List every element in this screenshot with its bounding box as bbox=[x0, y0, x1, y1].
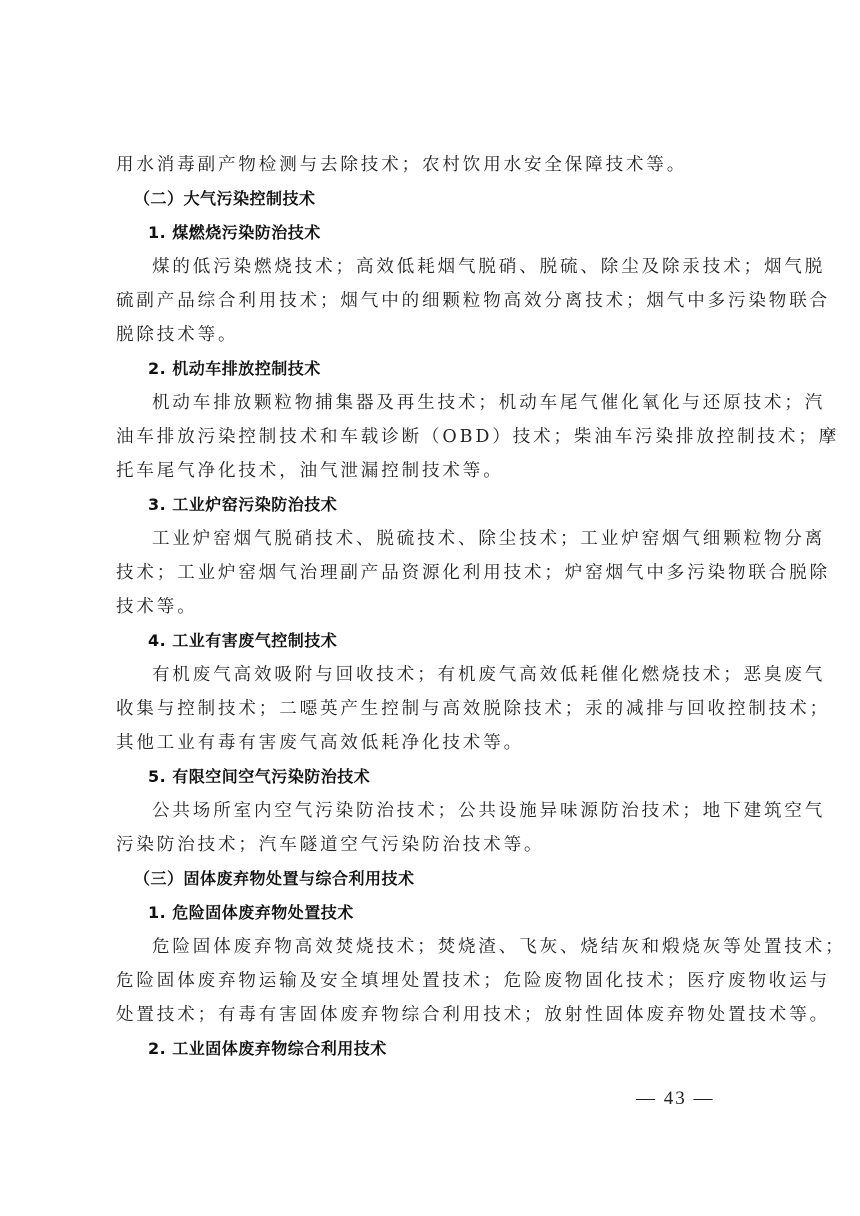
paragraph-line: 危险固体废弃物高效焚烧技术；焚烧渣、飞灰、烧结灰和煅烧灰等处置技术； bbox=[116, 930, 736, 964]
paragraph-line: 公共场所室内空气污染防治技术；公共设施异味源防治技术；地下建筑空气 bbox=[116, 794, 736, 828]
page-number: — 43 — bbox=[636, 1088, 715, 1110]
paragraph-vehicle-emission: 机动车排放颗粒物捕集器及再生技术；机动车尾气催化氧化与还原技术；汽 油车排放污染… bbox=[116, 386, 736, 488]
paragraph-industrial-kiln: 工业炉窑烟气脱硝技术、脱硫技术、除尘技术；工业炉窑烟气细颗粒物分离 技术；工业炉… bbox=[116, 522, 736, 624]
subheading-confined-space-air: 5. 有限空间空气污染防治技术 bbox=[116, 760, 736, 794]
document-page: 用水消毒副产物检测与去除技术；农村饮用水安全保障技术等。 （二）大气污染控制技术… bbox=[0, 0, 860, 1216]
paragraph-confined-space-air: 公共场所室内空气污染防治技术；公共设施异味源防治技术；地下建筑空气 污染防治技术… bbox=[116, 794, 736, 862]
paragraph-line: 煤的低污染燃烧技术；高效低耗烟气脱硝、脱硫、除尘及除汞技术；烟气脱 bbox=[116, 250, 736, 284]
paragraph-coal-combustion: 煤的低污染燃烧技术；高效低耗烟气脱硝、脱硫、除尘及除汞技术；烟气脱 硫副产品综合… bbox=[116, 250, 736, 352]
subheading-hazardous-solid-waste: 1. 危险固体废弃物处置技术 bbox=[116, 896, 736, 930]
subheading-industrial-kiln: 3. 工业炉窑污染防治技术 bbox=[116, 488, 736, 522]
section-heading-air-pollution: （二）大气污染控制技术 bbox=[116, 182, 736, 216]
paragraph-line: 处置技术；有毒有害固体废弃物综合利用技术；放射性固体废弃物处置技术等。 bbox=[116, 998, 736, 1032]
paragraph-line: 危险固体废弃物运输及安全填埋处置技术；危险废物固化技术；医疗废物收运与 bbox=[116, 964, 736, 998]
paragraph-line: 脱除技术等。 bbox=[116, 318, 736, 352]
page-body: 用水消毒副产物检测与去除技术；农村饮用水安全保障技术等。 （二）大气污染控制技术… bbox=[116, 148, 736, 1066]
paragraph-line: 其他工业有毒有害废气高效低耗净化技术等。 bbox=[116, 726, 736, 760]
paragraph-line: 托车尾气净化技术，油气泄漏控制技术等。 bbox=[116, 454, 736, 488]
paragraph-line: 有机废气高效吸附与回收技术；有机废气高效低耗催化燃烧技术；恶臭废气 bbox=[116, 658, 736, 692]
subheading-industrial-waste-gas: 4. 工业有害废气控制技术 bbox=[116, 624, 736, 658]
paragraph-line: 收集与控制技术；二噁英产生控制与高效脱除技术；汞的减排与回收控制技术； bbox=[116, 692, 736, 726]
subheading-vehicle-emission: 2. 机动车排放控制技术 bbox=[116, 352, 736, 386]
paragraph-line: 工业炉窑烟气脱硝技术、脱硫技术、除尘技术；工业炉窑烟气细颗粒物分离 bbox=[116, 522, 736, 556]
paragraph-line: 技术；工业炉窑烟气治理副产品资源化利用技术；炉窑烟气中多污染物联合脱除 bbox=[116, 556, 736, 590]
paragraph-line: 硫副产品综合利用技术；烟气中的细颗粒物高效分离技术；烟气中多污染物联合 bbox=[116, 284, 736, 318]
paragraph-line: 污染防治技术；汽车隧道空气污染防治技术等。 bbox=[116, 828, 736, 862]
paragraph-line: 技术等。 bbox=[116, 590, 736, 624]
paragraph-hazardous-solid-waste: 危险固体废弃物高效焚烧技术；焚烧渣、飞灰、烧结灰和煅烧灰等处置技术； 危险固体废… bbox=[116, 930, 736, 1032]
paragraph-line: 用水消毒副产物检测与去除技术；农村饮用水安全保障技术等。 bbox=[116, 148, 736, 182]
subheading-industrial-solid-waste: 2. 工业固体废弃物综合利用技术 bbox=[116, 1032, 736, 1066]
paragraph-line: 机动车排放颗粒物捕集器及再生技术；机动车尾气催化氧化与还原技术；汽 bbox=[116, 386, 736, 420]
section-heading-solid-waste: （三）固体废弃物处置与综合利用技术 bbox=[116, 862, 736, 896]
paragraph-industrial-waste-gas: 有机废气高效吸附与回收技术；有机废气高效低耗催化燃烧技术；恶臭废气 收集与控制技… bbox=[116, 658, 736, 760]
subheading-coal-combustion: 1. 煤燃烧污染防治技术 bbox=[116, 216, 736, 250]
paragraph-line: 油车排放污染控制技术和车载诊断（OBD）技术；柴油车污染排放控制技术；摩 bbox=[116, 420, 736, 454]
